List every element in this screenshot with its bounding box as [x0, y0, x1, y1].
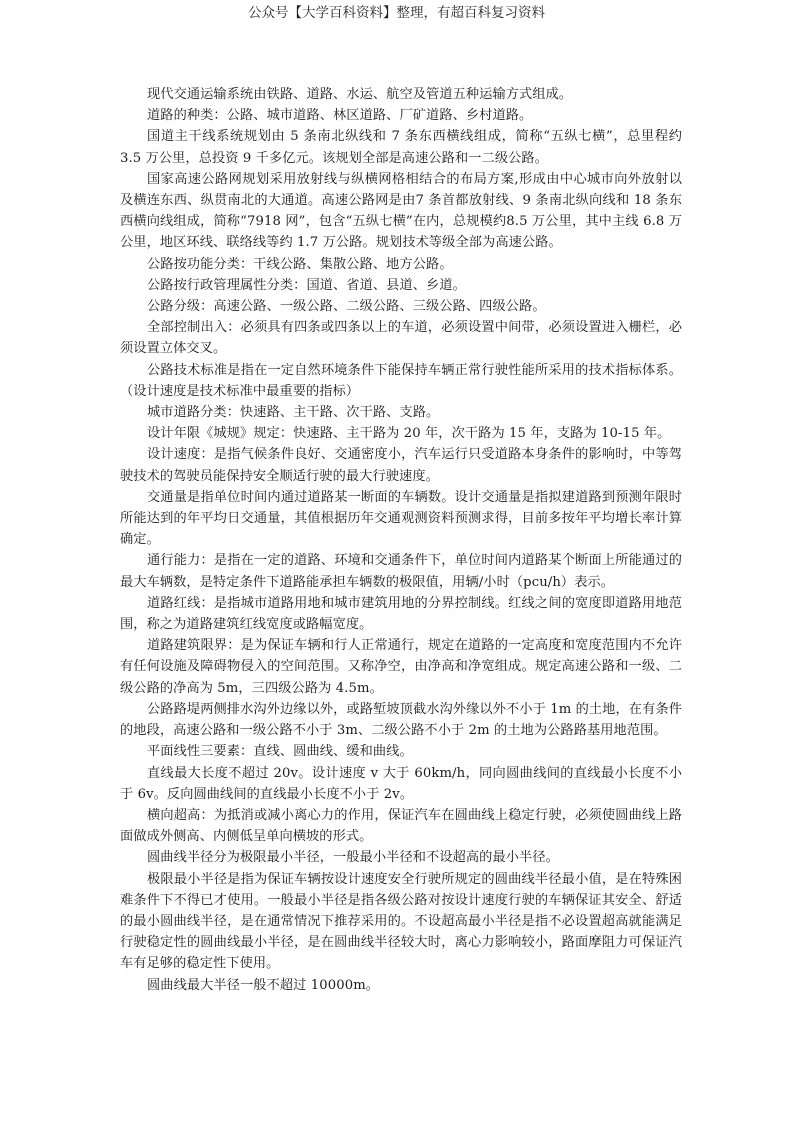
paragraph-radius-types: 圆曲线半径分为极限最小半径，一般最小半径和不设超高的最小半径。: [120, 847, 682, 868]
paragraph-road-grades: 公路分级：高速公路、一级公路、二级公路、三级公路、四级公路。: [120, 296, 682, 317]
paragraph-transport-system: 现代交通运输系统由铁路、道路、水运、航空及管道五种运输方式组成。: [120, 84, 682, 105]
paragraph-capacity: 通行能力：是指在一定的道路、环境和交通条件下，单位时间内道路某个断面上所能通过的…: [120, 550, 682, 592]
paragraph-traffic-volume: 交通量是指单位时间内通过道路某一断面的车辆数。设计交通量是指拟建道路到预测年限时…: [120, 487, 682, 551]
paragraph-function-classification: 公路按功能分类：干线公路、集散公路、地方公路。: [120, 254, 682, 275]
paragraph-urban-road-classes: 城市道路分类：快速路、主干路、次干路、支路。: [120, 402, 682, 423]
paragraph-clearance: 道路建筑限界：是为保证车辆和行人正常通行，规定在道路的一定高度和宽度范围内不允许…: [120, 635, 682, 699]
paragraph-land-use: 公路路堤两侧排水沟外边缘以外，或路堑坡顶截水沟外缘以外不小于 1m 的土地，在有…: [120, 699, 682, 741]
paragraph-radius-definitions: 极限最小半径是指为保证车辆按设计速度安全行驶所规定的圆曲线半径最小值，是在特殊困…: [120, 869, 682, 975]
paragraph-admin-classification: 公路按行政管理属性分类：国道、省道、县道、乡道。: [120, 275, 682, 296]
paragraph-red-line: 道路红线：是指城市道路用地和城市建筑用地的分界控制线。红线之间的宽度即道路用地范…: [120, 593, 682, 635]
paragraph-max-radius: 圆曲线最大半径一般不超过 10000m。: [120, 975, 682, 996]
paragraph-access-control: 全部控制出入：必须具有四条或四条以上的车道，必须设置中间带，必须设置进入栅栏，必…: [120, 317, 682, 359]
paragraph-superelevation: 横向超高：为抵消或减小离心力的作用，保证汽车在圆曲线上稳定行驶，必须使圆曲线上路…: [120, 805, 682, 847]
paragraph-expressway-network: 国家高速公路网规划采用放射线与纵横网格相结合的布局方案,形成由中心城市向外放射以…: [120, 169, 682, 254]
document-body: 现代交通运输系统由铁路、道路、水运、航空及管道五种运输方式组成。 道路的种类：公…: [120, 84, 682, 996]
paragraph-design-speed: 设计速度：是指气候条件良好、交通密度小，汽车运行只受道路本身条件的影响时，中等驾…: [120, 444, 682, 486]
page-header: 公众号【大学百科资料】整理，有超百科复习资料: [0, 4, 793, 22]
paragraph-design-life: 设计年限《城规》规定：快速路、主干路为 20 年，次干路为 15 年，支路为 1…: [120, 423, 682, 444]
paragraph-alignment-elements: 平面线性三要素：直线、圆曲线、缓和曲线。: [120, 741, 682, 762]
paragraph-road-types: 道路的种类：公路、城市道路、林区道路、厂矿道路、乡村道路。: [120, 105, 682, 126]
paragraph-national-trunk: 国道主干线系统规划由 5 条南北纵线和 7 条东西横线组成，简称“五纵七横”，总…: [120, 126, 682, 168]
paragraph-technical-standard: 公路技术标准是指在一定自然环境条件下能保持车辆正常行驶性能所采用的技术指标体系。…: [120, 360, 682, 402]
paragraph-tangent-length: 直线最大长度不超过 20v。设计速度 v 大于 60km/h，同向圆曲线间的直线…: [120, 763, 682, 805]
